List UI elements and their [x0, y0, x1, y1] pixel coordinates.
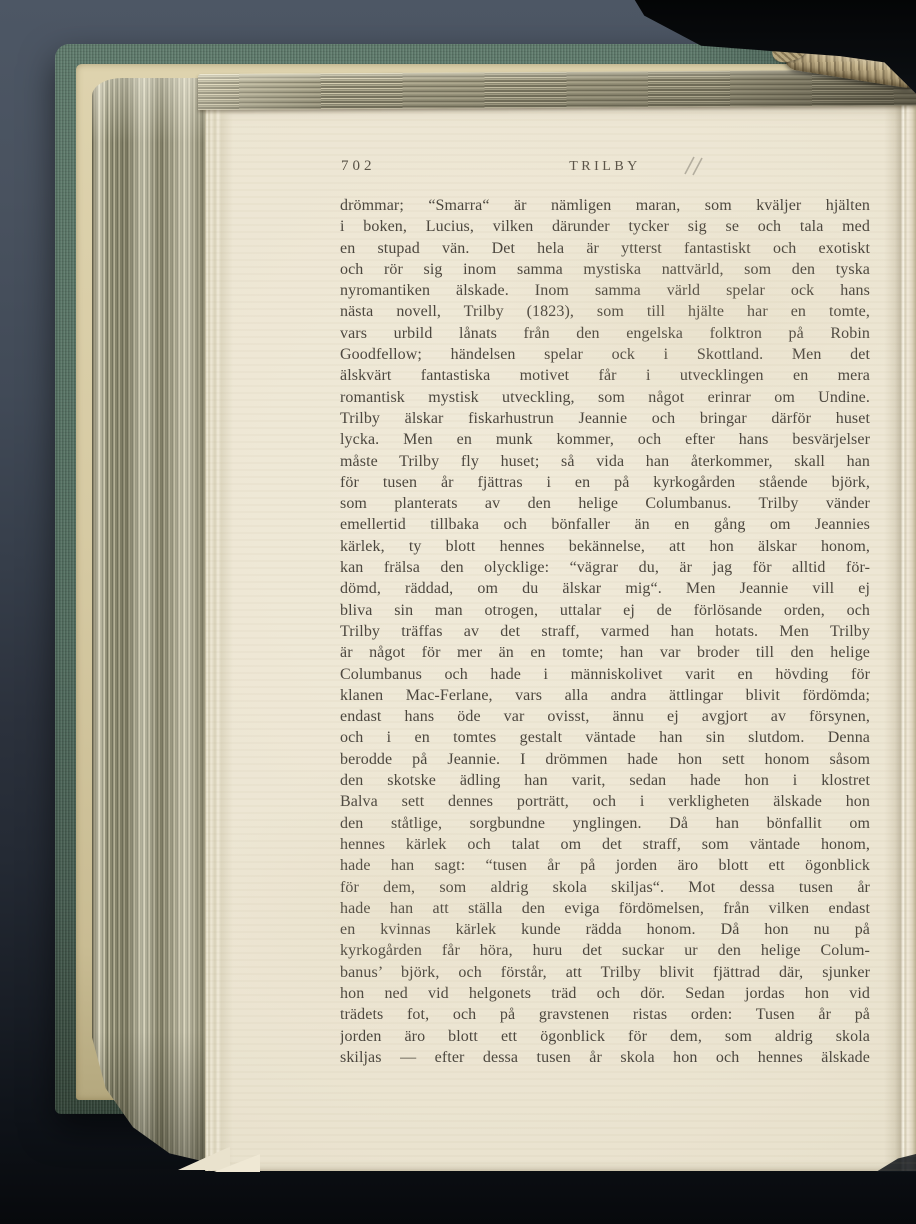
text-line: banus’ björk, och förstår, att Trilby bl…: [340, 962, 870, 983]
text-line: och i en tomtes gestalt väntade han sin …: [340, 727, 870, 748]
page-gutter-crease: [884, 98, 916, 1171]
text-line: lycka. Men en munk kommer, och efter han…: [340, 429, 870, 450]
text-line: emellertid tillbaka och bönfaller än en …: [340, 514, 870, 535]
body-text: drömmar; “Smarra“ är nämligen maran, som…: [340, 195, 870, 1068]
text-line: är något för mer än en tomte; han var br…: [340, 642, 870, 663]
page-fore-edge-stack: [92, 78, 206, 1162]
text-line: kan frälsa den olycklige: “vägrar du, är…: [340, 557, 870, 578]
text-line: hade han sagt: “tusen år på jorden äro b…: [340, 855, 870, 876]
text-line: klanen Mac-Ferlane, vars alla andra ättl…: [340, 685, 870, 706]
text-line: Goodfellow; händelsen spelar ock i Skott…: [340, 344, 870, 365]
running-title: TRILBY: [340, 159, 870, 175]
text-line: hon ned vid helgonets träd och dör. Seda…: [340, 983, 870, 1004]
text-line: för tusen år fjättras i en på kyrkogårde…: [340, 472, 870, 493]
page-step-edges: [205, 98, 233, 1171]
text-line: Balva sett dennes porträtt, och i verkli…: [340, 791, 870, 812]
book-scan-photo: 702 TRILBY drömmar; “Smarra“ är nämligen…: [0, 0, 916, 1224]
text-line: trädets fot, och på gravstenen ristas or…: [340, 1004, 870, 1025]
text-line: Columbanus och hade i människolivet vari…: [340, 664, 870, 685]
gutter-shadow-notch: [876, 1142, 916, 1172]
text-line: vars urbild lånats från den engelska fol…: [340, 323, 870, 344]
text-line: drömmar; “Smarra“ är nämligen maran, som…: [340, 195, 870, 216]
text-line: romantisk mystisk utveckling, som något …: [340, 387, 870, 408]
text-line: som planterats av den helige Columbanus.…: [340, 493, 870, 514]
text-line: en stupad vän. Det hela är ytterst fanta…: [340, 238, 870, 259]
book-page: 702 TRILBY drömmar; “Smarra“ är nämligen…: [205, 98, 916, 1171]
text-line: hennes kärlek och talat om det straff, s…: [340, 834, 870, 855]
pencil-mark: [680, 154, 706, 176]
text-line: och rör sig inom samma mystiska nattvärl…: [340, 259, 870, 280]
page-top-edges: [198, 70, 916, 110]
text-line: nästa novell, Trilby (1823), som till hj…: [340, 301, 870, 322]
text-line: berodde på Jeannie. I drömmen hade hon s…: [340, 749, 870, 770]
text-line: en kvinnas kärlek kunde rädda honom. Då …: [340, 919, 870, 940]
text-line: den ståtlige, sorgbundne ynglingen. Då h…: [340, 813, 870, 834]
text-line: för dem, som aldrig skola skiljas“. Mot …: [340, 877, 870, 898]
running-head: 702 TRILBY: [340, 158, 870, 180]
text-line: älskvärt fantastiska motivet får i utvec…: [340, 365, 870, 386]
printed-content: 702 TRILBY drömmar; “Smarra“ är nämligen…: [340, 158, 870, 1068]
text-line: bliva sin man otrogen, uttalar ej de för…: [340, 600, 870, 621]
text-line: dömd, räddad, om du älskar mig“. Men Jea…: [340, 578, 870, 599]
text-line: Trilby älskar fiskarhustrun Jeannie och …: [340, 408, 870, 429]
text-line: kärlek, ty blott hennes bekännelse, att …: [340, 536, 870, 557]
text-line: jorden äro blott ett ögonblick för dem, …: [340, 1026, 870, 1047]
text-line: skiljas — efter dessa tusen år skola hon…: [340, 1047, 870, 1068]
text-line: kyrkogården får höra, huru det suckar ur…: [340, 940, 870, 961]
text-line: Trilby träffas av det straff, varmed han…: [340, 621, 870, 642]
text-line: den skotske ädling han varit, sedan hade…: [340, 770, 870, 791]
text-line: nyromantiken älskade. Inom samma värld s…: [340, 280, 870, 301]
text-line: i boken, Lucius, vilken därunder tycker …: [340, 216, 870, 237]
text-line: endast hans öde var ovisst, ännu ej avgj…: [340, 706, 870, 727]
text-line: måste Trilby fly huset; så vida han åter…: [340, 451, 870, 472]
text-line: hade han att ställa den eviga fördömelse…: [340, 898, 870, 919]
